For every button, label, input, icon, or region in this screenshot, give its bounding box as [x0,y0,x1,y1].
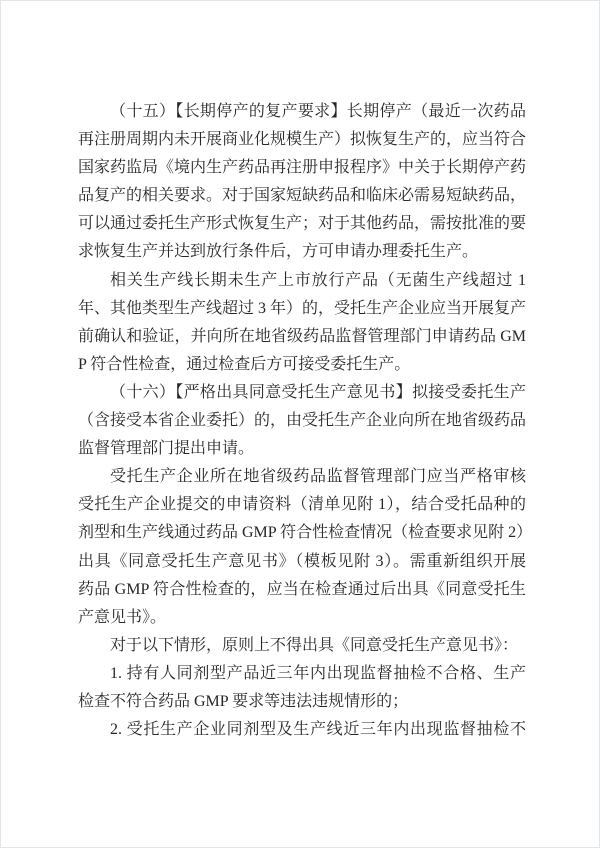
text-line: 受托生产企业所在地省级药品监督管理部门应当严格审核 [78,463,526,491]
text-line: 品复产的相关要求。对于国家短缺药品和临床必需易短缺药品， [78,182,526,210]
text-line: 再注册周期内未开展商业化规模生产）拟恢复生产的，应当符合 [78,126,526,154]
text-line: 监督管理部门提出申请。 [78,435,526,463]
text-line: 产意见书》。 [78,604,526,632]
text-line: 出具《同意受托生产意见书》（模板见附 3）。需重新组织开展 [78,548,526,576]
text-line: 受托生产企业提交的申请资料（清单见附 1），结合受托品种的 [78,491,526,519]
text-line: 1. 持有人同剂型产品近三年内出现监督抽检不合格、生产 [78,660,526,688]
text-line: 年、其他类型生产线超过 3 年）的，受托生产企业应当开展复产 [78,295,526,323]
document-page: （十五）【长期停产的复产要求】长期停产（最近一次药品再注册周期内未开展商业化规模… [0,0,600,848]
text-line: 2. 受托生产企业同剂型及生产线近三年内出现监督抽检不 [78,716,526,744]
text-line: P 符合性检查，通过检查后方可接受委托生产。 [78,351,526,379]
text-line: 求恢复生产并达到放行条件后，方可申请办理委托生产。 [78,238,526,266]
text-line: 剂型和生产线通过药品 GMP 符合性检查情况（检查要求见附 2） [78,519,526,547]
text-line: 国家药监局《境内生产药品再注册申报程序》中关于长期停产药 [78,154,526,182]
text-line: 前确认和验证，并向所在地省级药品监督管理部门申请药品 GM [78,323,526,351]
text-line: 相关生产线长期未生产上市放行产品（无菌生产线超过 1 [78,267,526,295]
text-line: （十五）【长期停产的复产要求】长期停产（最近一次药品 [78,98,526,126]
document-text-block: （十五）【长期停产的复产要求】长期停产（最近一次药品再注册周期内未开展商业化规模… [78,98,526,744]
text-line: （含接受本省企业委托）的，由受托生产企业向所在地省级药品 [78,407,526,435]
text-line: 检查不符合药品 GMP 要求等违法违规情形的； [78,688,526,716]
text-line: 可以通过委托生产形式恢复生产；对于其他药品，需按批准的要 [78,210,526,238]
text-line: 药品 GMP 符合性检查的，应当在检查通过后出具《同意受托生 [78,576,526,604]
text-line: 对于以下情形，原则上不得出具《同意受托生产意见书》： [78,632,526,660]
text-line: （十六）【严格出具同意受托生产意见书】拟接受委托生产 [78,379,526,407]
